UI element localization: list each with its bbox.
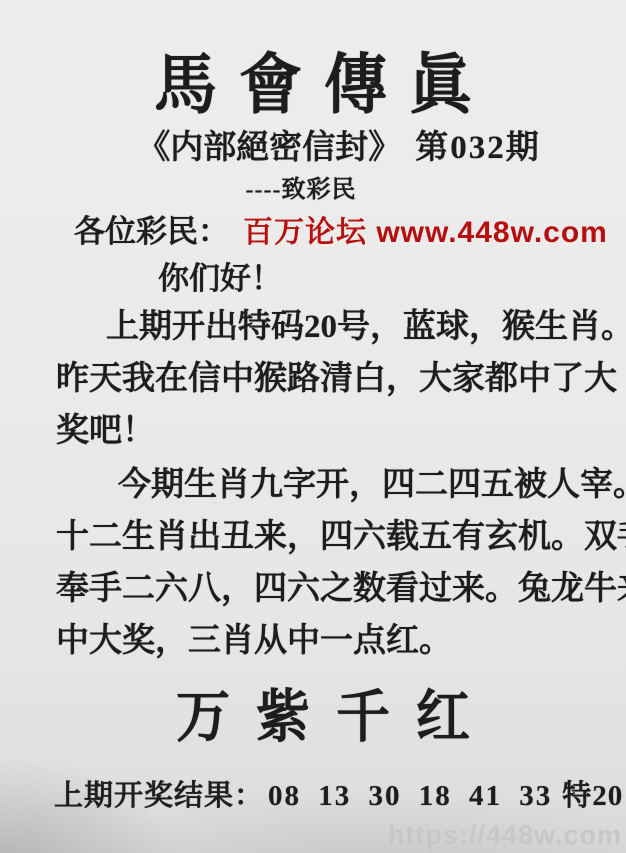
paragraph-last-draw: 上期开出特码20号，蓝球，猴生肖。 昨天我在信中猴路清白，大家都中了大 奖吧！ xyxy=(56,301,614,457)
paragraph-line: 上期开出特码20号，蓝球，猴生肖。 xyxy=(56,301,614,353)
paragraph-line: 奖吧！ xyxy=(56,405,614,457)
issue-number: 第032期 xyxy=(415,130,541,166)
dedication-line: ----致彩民 xyxy=(0,169,614,204)
salutation-label: 各位彩民： xyxy=(74,214,229,249)
paragraph-line: 今期生肖九字开，四二四五被人宰。 xyxy=(56,459,614,511)
last-draw-results-row: 上期开奖结果：08 13 30 18 41 33特20 xyxy=(54,773,623,814)
fax-leaflet-photo: 馬會傳眞 《内部絕密信封》第032期 ----致彩民 各位彩民：百万论坛 www… xyxy=(0,0,626,853)
paragraph-line: 奉手二六八，四六之数看过来。兔龙牛来 xyxy=(56,563,614,615)
envelope-subtitle: 《内部絕密信封》 xyxy=(137,130,401,166)
forum-ad-text: 百万论坛 www.448w.com xyxy=(243,216,608,249)
greeting-line: 你们好！ xyxy=(158,253,282,298)
special-number-value: 20 xyxy=(592,780,623,812)
paragraph-line: 昨天我在信中猴路清白，大家都中了大 xyxy=(56,353,614,405)
subtitle-row: 《内部絕密信封》第032期 xyxy=(26,121,626,168)
slogan-text: 万紫千红 xyxy=(10,672,626,753)
paragraph-line: 中大奖，三肖从中一点红。 xyxy=(56,615,614,667)
special-number-label: 特 xyxy=(562,780,592,812)
salutation-row: 各位彩民：百万论坛 www.448w.com xyxy=(74,206,608,251)
site-watermark: https://448w.com xyxy=(388,820,622,851)
paragraph-current-tip: 今期生肖九字开，四二四五被人宰。 十二生肖出丑来，四六载五有玄机。双手 奉手二六… xyxy=(56,459,614,667)
paragraph-line: 十二生肖出丑来，四六载五有玄机。双手 xyxy=(56,511,614,563)
results-label: 上期开奖结果： xyxy=(54,780,264,812)
page-title: 馬會傳眞 xyxy=(0,32,626,127)
results-numbers: 08 13 30 18 41 33 xyxy=(268,780,552,812)
